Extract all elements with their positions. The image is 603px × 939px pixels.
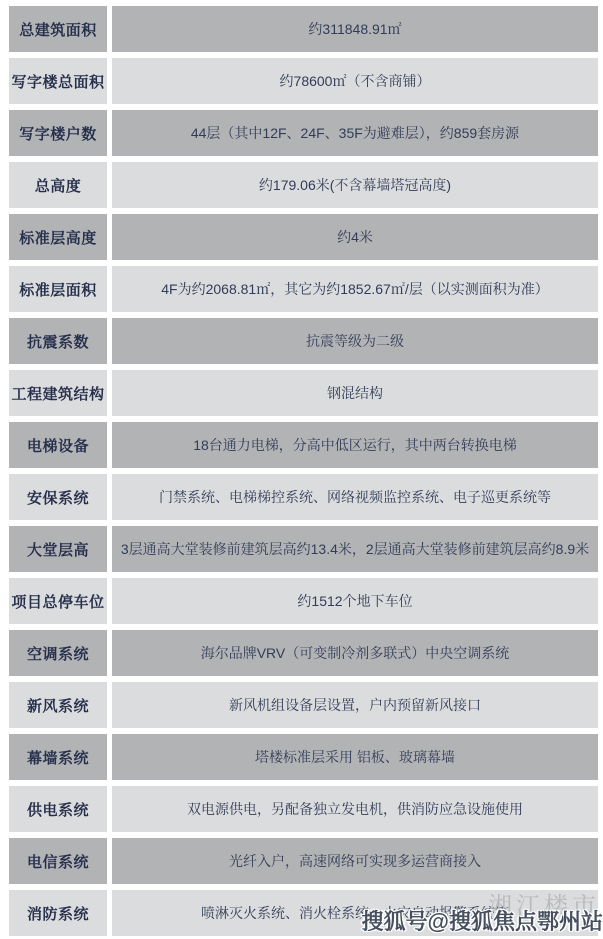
table-row: 大堂层高 3层通高大堂装修前建筑层高约13.4米，2层通高大堂装修前建筑层高约8… xyxy=(9,526,598,572)
table-row: 电信系统 光纤入户，高速网络可实现多运营商接入 xyxy=(9,838,598,884)
row-label: 电梯设备 xyxy=(9,422,107,468)
row-value: 海尔品牌VRV（可变制冷剂多联式）中央空调系统 xyxy=(112,630,598,676)
row-value: 3层通高大堂装修前建筑层高约13.4米，2层通高大堂装修前建筑层高约8.9米 xyxy=(112,526,598,572)
row-value: 钢混结构 xyxy=(112,370,598,416)
row-value: 抗震等级为二级 xyxy=(112,318,598,364)
row-label: 标准层高度 xyxy=(9,214,107,260)
spec-table: 总建筑面积 约311848.91㎡ 写字楼总面积 约78600㎡（不含商铺） 写… xyxy=(9,6,598,936)
table-row: 项目总停车位 约1512个地下车位 xyxy=(9,578,598,624)
row-label: 新风系统 xyxy=(9,682,107,728)
row-label: 写字楼总面积 xyxy=(9,58,107,104)
table-row: 标准层高度 约4米 xyxy=(9,214,598,260)
row-value: 新风机组设备层设置，户内预留新风接口 xyxy=(112,682,598,728)
table-row: 写字楼户数 44层（其中12F、24F、35F为避难层），约859套房源 xyxy=(9,110,598,156)
table-row: 写字楼总面积 约78600㎡（不含商铺） xyxy=(9,58,598,104)
row-label: 空调系统 xyxy=(9,630,107,676)
row-value: 约311848.91㎡ xyxy=(112,6,598,52)
table-row: 电梯设备 18台通力电梯，分高中低区运行，其中两台转换电梯 xyxy=(9,422,598,468)
row-label: 供电系统 xyxy=(9,786,107,832)
row-value: 约4米 xyxy=(112,214,598,260)
table-row: 供电系统 双电源供电，另配备独立发电机，供消防应急设施使用 xyxy=(9,786,598,832)
row-label: 项目总停车位 xyxy=(9,578,107,624)
row-label: 抗震系数 xyxy=(9,318,107,364)
table-row: 新风系统 新风机组设备层设置，户内预留新风接口 xyxy=(9,682,598,728)
row-value: 约179.06米(不含幕墙塔冠高度) xyxy=(112,162,598,208)
table-row: 抗震系数 抗震等级为二级 xyxy=(9,318,598,364)
row-label: 大堂层高 xyxy=(9,526,107,572)
row-value: 塔楼标准层采用 铝板、玻璃幕墙 xyxy=(112,734,598,780)
row-value: 约1512个地下车位 xyxy=(112,578,598,624)
table-row: 安保系统 门禁系统、电梯梯控系统、网络视频监控系统、电子巡更系统等 xyxy=(9,474,598,520)
row-value: 喷淋灭火系统、消火栓系统、火灾自动报警系统等 xyxy=(112,890,598,936)
building-spec-page: 总建筑面积 约311848.91㎡ 写字楼总面积 约78600㎡（不含商铺） 写… xyxy=(0,0,603,939)
row-label: 总建筑面积 xyxy=(9,6,107,52)
table-row: 标准层面积 4F为约2068.81㎡，其它为约1852.67㎡/层（以实测面积为… xyxy=(9,266,598,312)
table-row: 幕墙系统 塔楼标准层采用 铝板、玻璃幕墙 xyxy=(9,734,598,780)
table-row: 总高度 约179.06米(不含幕墙塔冠高度) xyxy=(9,162,598,208)
row-value: 约78600㎡（不含商铺） xyxy=(112,58,598,104)
table-row: 空调系统 海尔品牌VRV（可变制冷剂多联式）中央空调系统 xyxy=(9,630,598,676)
table-row: 消防系统 喷淋灭火系统、消火栓系统、火灾自动报警系统等 xyxy=(9,890,598,936)
row-label: 电信系统 xyxy=(9,838,107,884)
row-value: 4F为约2068.81㎡，其它为约1852.67㎡/层（以实测面积为准） xyxy=(112,266,598,312)
table-row: 工程建筑结构 钢混结构 xyxy=(9,370,598,416)
row-label: 写字楼户数 xyxy=(9,110,107,156)
row-label: 工程建筑结构 xyxy=(9,370,107,416)
row-label: 标准层面积 xyxy=(9,266,107,312)
row-value: 光纤入户，高速网络可实现多运营商接入 xyxy=(112,838,598,884)
row-label: 消防系统 xyxy=(9,890,107,936)
row-label: 安保系统 xyxy=(9,474,107,520)
row-value: 44层（其中12F、24F、35F为避难层），约859套房源 xyxy=(112,110,598,156)
row-label: 幕墙系统 xyxy=(9,734,107,780)
row-value: 18台通力电梯，分高中低区运行，其中两台转换电梯 xyxy=(112,422,598,468)
table-row: 总建筑面积 约311848.91㎡ xyxy=(9,6,598,52)
row-label: 总高度 xyxy=(9,162,107,208)
row-value: 门禁系统、电梯梯控系统、网络视频监控系统、电子巡更系统等 xyxy=(112,474,598,520)
row-value: 双电源供电，另配备独立发电机，供消防应急设施使用 xyxy=(112,786,598,832)
